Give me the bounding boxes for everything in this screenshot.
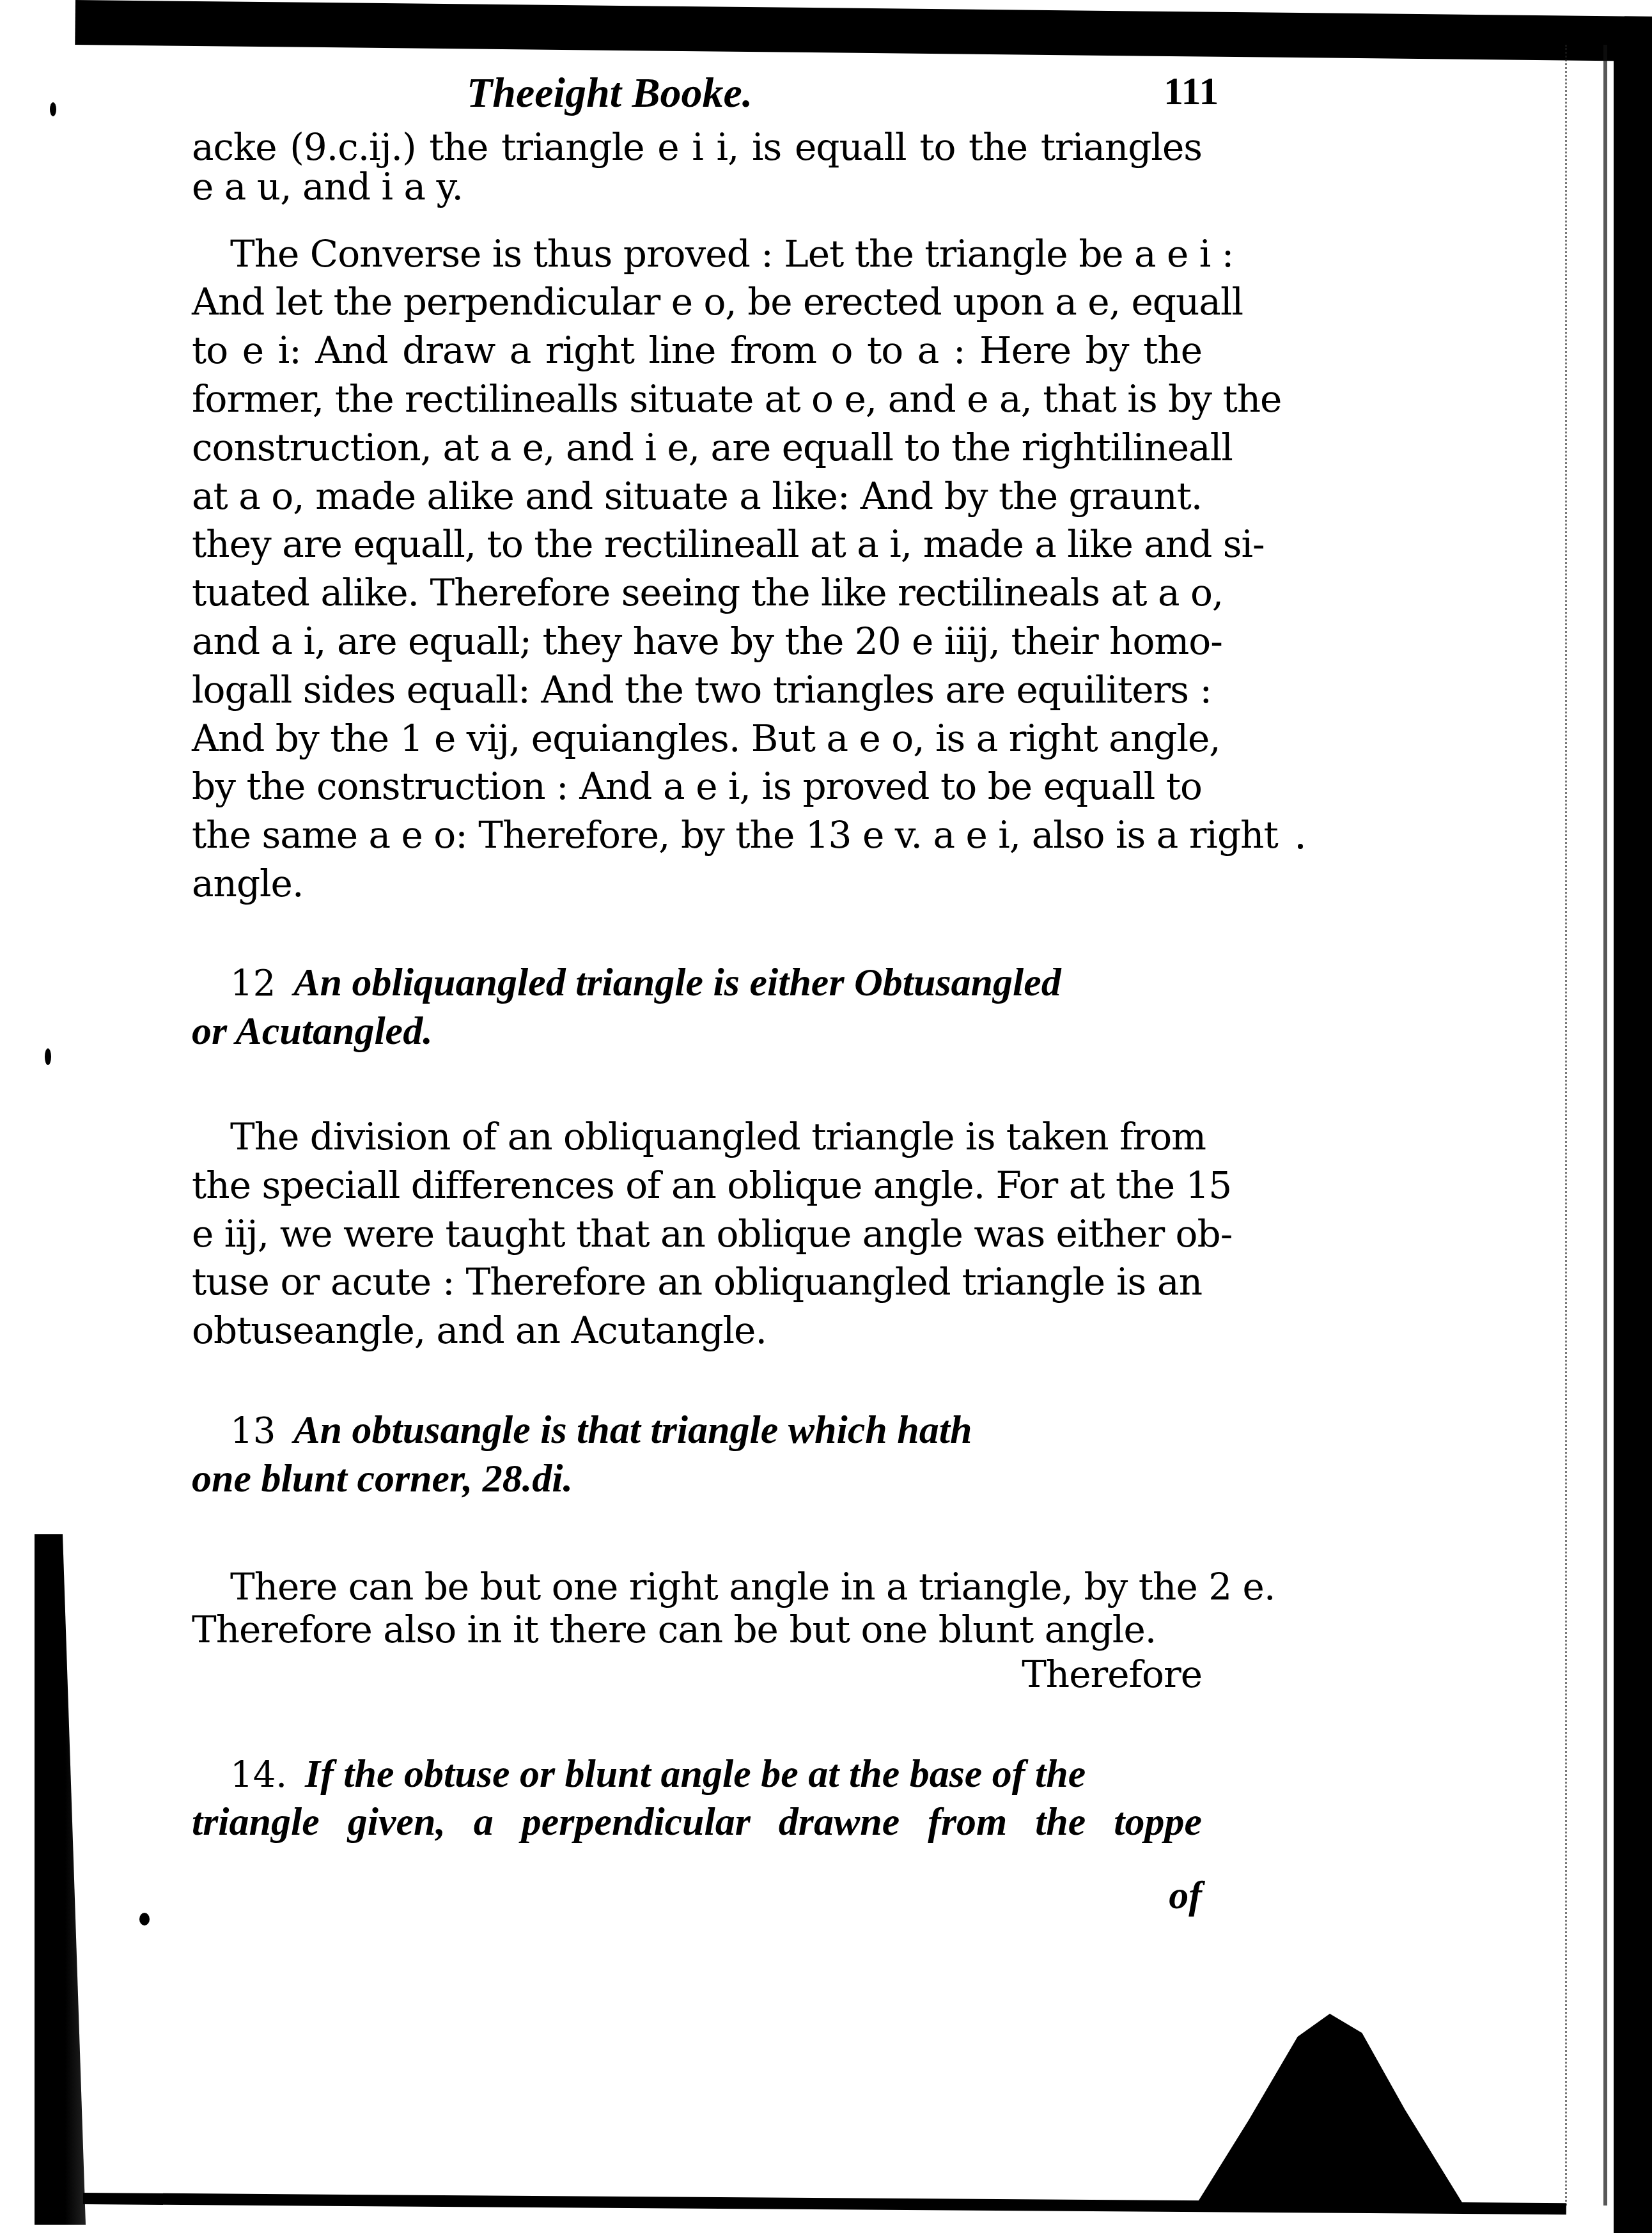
- text-line: e a u, and i a y.: [192, 164, 1202, 209]
- paragraph-line: Therefore also in it there can be but on…: [192, 1607, 1202, 1652]
- paragraph-line: the speciall differences of an oblique a…: [192, 1163, 1202, 1208]
- paragraph-line: e iij, we were taught that an oblique an…: [192, 1211, 1202, 1256]
- paragraph-line: There can be but one right angle in a tr…: [192, 1564, 1202, 1609]
- paragraph-line: construction, at a e, and i e, are equal…: [192, 425, 1202, 470]
- page-edge-shadow: [1603, 45, 1607, 2206]
- text-line: acke (9.c.ij.) the triangle e i i, is eq…: [192, 125, 1202, 169]
- proposition-13-line-2: one blunt corner, 28.di.: [192, 1456, 1202, 1501]
- proposition-text: An obtusangle is that triangle which hat…: [293, 1408, 972, 1452]
- page-number: 111: [1164, 69, 1219, 114]
- paragraph-line: tuse or acute : Therefore an obliquangle…: [192, 1259, 1202, 1304]
- scan-top-border: [75, 0, 1652, 61]
- running-title: Theeight Booke.: [467, 69, 752, 118]
- paragraph-line: angle.: [192, 861, 1202, 906]
- catchword: Therefore: [192, 1652, 1202, 1697]
- proposition-number: 13: [230, 1410, 276, 1452]
- scan-right-border: [1614, 38, 1652, 2233]
- ink-speck: [139, 1913, 150, 1926]
- paragraph-line: they are equall, to the rectilineall at …: [192, 522, 1202, 566]
- scanned-book-page: Theeight Booke. 111 acke (9.c.ij.) the t…: [0, 0, 1652, 2233]
- proposition-text: An obliquangled triangle is either Obtus…: [293, 961, 1061, 1004]
- paragraph-line: logall sides equall: And the two triangl…: [192, 667, 1202, 712]
- paragraph-line: obtuseangle, and an Acutangle.: [192, 1308, 1202, 1353]
- paragraph-line: And by the 1 e vij, equiangles. But a e …: [192, 716, 1202, 761]
- proposition-14-line-2: triangle given, a perpendicular drawne f…: [192, 1800, 1202, 1844]
- proposition-12-line-2: or Acutangled.: [192, 1009, 1202, 1054]
- paragraph-line: to e i: And draw a right line from o to …: [192, 328, 1202, 373]
- paragraph-line: the same a e o: Therefore, by the 13 e v…: [192, 813, 1202, 857]
- paragraph-line: and a i, are equall; they have by the 20…: [192, 619, 1202, 664]
- proposition-12-line-1: 12An obliquangled triangle is either Obt…: [192, 960, 1202, 1006]
- proposition-13-line-1: 13An obtusangle is that triangle which h…: [192, 1408, 1202, 1454]
- paragraph-line: The Converse is thus proved : Let the tr…: [192, 231, 1202, 276]
- scan-dark-blot: [1196, 2014, 1464, 2206]
- paragraph-line: by the construction : And a e i, is prov…: [192, 764, 1202, 809]
- paragraph-line: And let the perpendicular e o, be erecte…: [192, 279, 1202, 324]
- paragraph-line: former, the rectilinealls situate at o e…: [192, 377, 1202, 421]
- catchword: of: [192, 1873, 1202, 1918]
- proposition-number: 14.: [230, 1754, 287, 1796]
- paragraph-line: The division of an obliquangled triangle…: [192, 1114, 1202, 1159]
- ink-speck: [50, 102, 56, 116]
- page-edge-dotted-line: [1565, 45, 1569, 2206]
- proposition-number: 12: [230, 963, 276, 1004]
- ink-speck: [45, 1048, 51, 1065]
- proposition-14-line-1: 14.If the obtuse or blunt angle be at th…: [192, 1752, 1202, 1798]
- proposition-text: If the obtuse or blunt angle be at the b…: [305, 1752, 1086, 1796]
- paragraph-line: tuated alike. Therefore seeing the like …: [192, 570, 1202, 615]
- ink-speck: [1298, 844, 1303, 849]
- paragraph-line: at a o, made alike and situate a like: A…: [192, 474, 1202, 518]
- scan-left-gutter-shadow: [35, 1534, 86, 2225]
